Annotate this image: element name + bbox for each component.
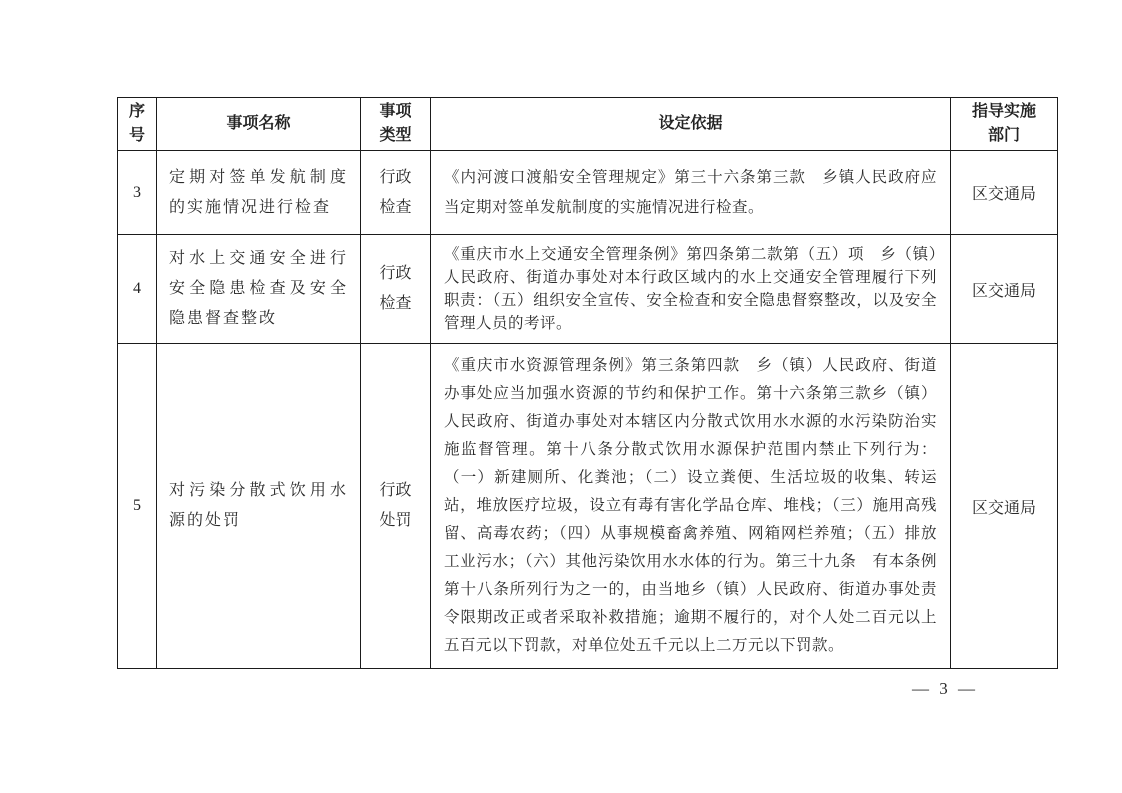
header-cell-index: 序 号 [118,98,157,151]
row-index: 4 [118,235,157,344]
matter-department: 区交通局 [951,344,1058,669]
matter-type: 行政 检查 [361,235,431,344]
table-header-row: 序 号 事项名称 事项 类型 设定依据 指导实施 部门 [118,98,1058,151]
matter-name: 对水上交通安全进行安全隐患检查及安全隐患督查整改 [157,235,361,344]
header-cell-basis: 设定依据 [431,98,951,151]
matter-name: 定期对签单发航制度的实施情况进行检查 [157,151,361,235]
header-cell-department: 指导实施 部门 [951,98,1058,151]
table-row: 5 对污染分散式饮用水源的处罚 行政 处罚 《重庆市水资源管理条例》第三条第四款… [118,344,1058,669]
matter-type: 行政 检查 [361,151,431,235]
table-row: 3 定期对签单发航制度的实施情况进行检查 行政 检查 《内河渡口渡船安全管理规定… [118,151,1058,235]
matter-department: 区交通局 [951,151,1058,235]
header-cell-type: 事项 类型 [361,98,431,151]
matter-basis: 《内河渡口渡船安全管理规定》第三十六条第三款 乡镇人民政府应当定期对签单发航制度… [431,151,951,235]
table-row: 4 对水上交通安全进行安全隐患检查及安全隐患督查整改 行政 检查 《重庆市水上交… [118,235,1058,344]
matter-basis: 《重庆市水上交通安全管理条例》第四条第二款第（五）项 乡（镇）人民政府、街道办事… [431,235,951,344]
header-cell-name: 事项名称 [157,98,361,151]
matter-department: 区交通局 [951,235,1058,344]
row-index: 3 [118,151,157,235]
matter-basis: 《重庆市水资源管理条例》第三条第四款 乡（镇）人民政府、街道办事处应当加强水资源… [431,344,951,669]
matter-name: 对污染分散式饮用水源的处罚 [157,344,361,669]
matter-type: 行政 处罚 [361,344,431,669]
row-index: 5 [118,344,157,669]
matters-table: 序 号 事项名称 事项 类型 设定依据 指导实施 部门 3 定期对签单发航制度的… [117,97,1058,669]
page-number: — 3 — [912,679,978,699]
